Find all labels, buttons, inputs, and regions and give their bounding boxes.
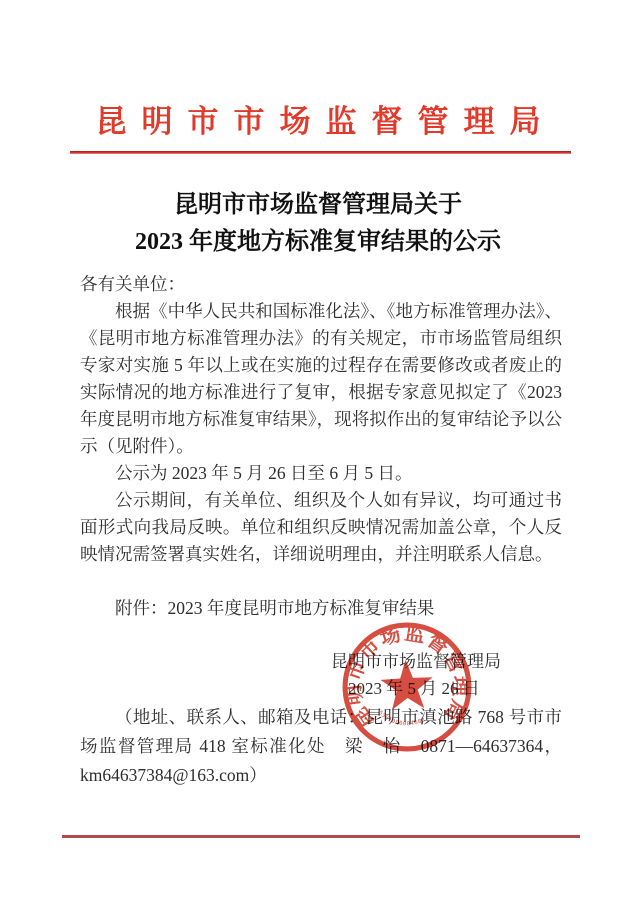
salutation: 各有关单位： xyxy=(80,271,562,298)
seal-serial-holder: 5301000004602 xyxy=(377,708,427,729)
footer-rule xyxy=(62,835,580,838)
letterhead-rule xyxy=(70,151,571,154)
document-page: 昆明市市场监督管理局 昆明市市场监督管理局关于 2023 年度地方标准复审结果的… xyxy=(0,0,636,900)
footer-contact-info: （地址、联系人、邮箱及电话：昆明市滇池路 768 号市市场监督管理局 418 室… xyxy=(80,703,562,790)
seal-star-icon xyxy=(380,658,435,710)
official-seal-stamp: 昆明市市场监督管理局 5301000004602 xyxy=(336,616,479,759)
doc-title-line2: 2023 年度地方标准复审结果的公示 xyxy=(0,228,636,256)
doc-title-line1: 昆明市市场监督管理局关于 xyxy=(0,191,636,219)
letterhead-agency-name: 昆明市市场监督管理局 xyxy=(0,105,636,139)
paragraph-objection-instructions: 公示期间，有关单位、组织及个人如有异议，均可通过书面形式向我局反映。单位和组织反… xyxy=(80,487,562,568)
paragraph-publicity-period: 公示为 2023 年 5 月 26 日至 6 月 5 日。 xyxy=(80,460,562,487)
seal-serial-number: 5301000004602 xyxy=(377,708,427,729)
document-body: 各有关单位： 根据《中华人民共和国标准化法》、《地方标准管理办法》、《昆明市地方… xyxy=(80,271,562,622)
attachment-line: 附件：2023 年度昆明市地方标准复审结果 xyxy=(80,595,562,622)
paragraph-basis: 根据《中华人民共和国标准化法》、《地方标准管理办法》、《昆明市地方标准管理办法》… xyxy=(80,298,562,460)
